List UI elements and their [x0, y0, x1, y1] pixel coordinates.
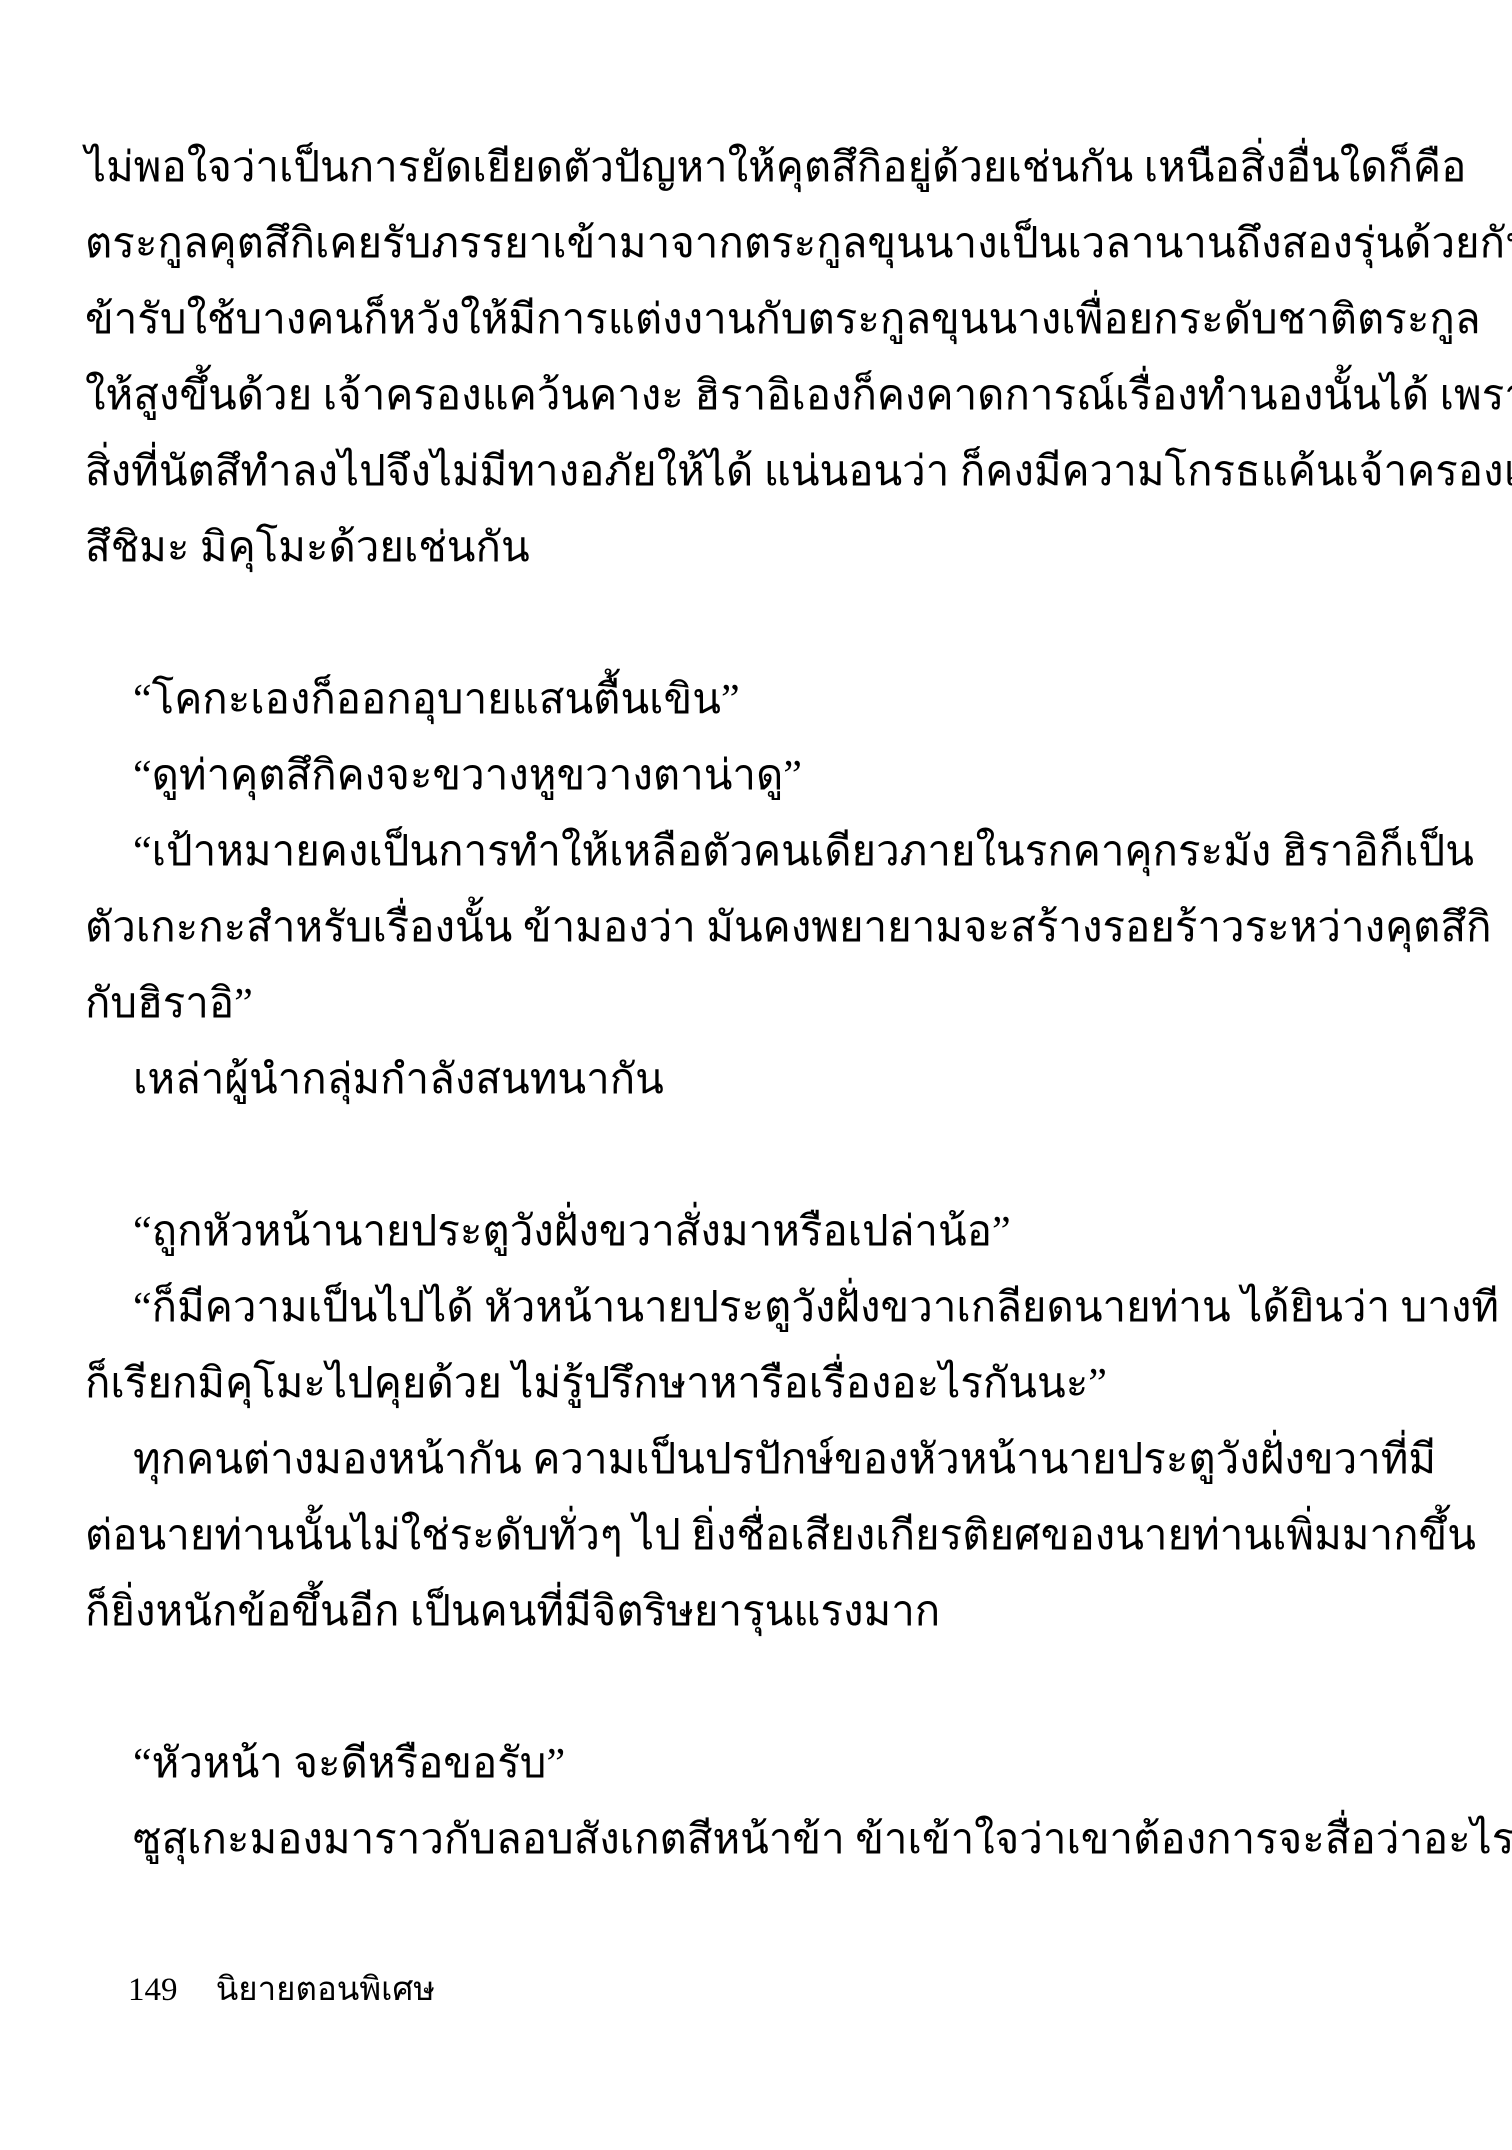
footer-section-title: นิยายตอนพิเศษ — [216, 1972, 435, 2008]
text-line: “หัวหน้า จะดีหรือขอรับ” — [85, 1726, 1435, 1802]
text-line: “ดูท่าคุตสึกิคงจะขวางหูขวางตาน่าดู” — [85, 738, 1435, 814]
text-line: ข้ารับใช้บางคนก็หวังให้มีการแต่งงานกับตร… — [85, 282, 1435, 358]
text-line: ก็เรียกมิคุโมะไปคุยด้วย ไม่รู้ปรึกษาหารื… — [85, 1346, 1435, 1422]
page-footer: 149 นิยายตอนพิเศษ — [128, 1968, 435, 2012]
text-block: ไม่พอใจว่าเป็นการยัดเยียดตัวปัญหาให้คุตส… — [85, 130, 1435, 1878]
text-line: สิ่งที่นัตสึทำลงไปจึงไม่มีทางอภัยให้ได้ … — [85, 434, 1435, 510]
text-line: ซูสุเกะมองมาราวกับลอบสังเกตสีหน้าข้า ข้า… — [85, 1802, 1435, 1878]
text-line: ให้สูงขึ้นด้วย เจ้าครองแคว้นคางะ ฮิราอิเ… — [85, 358, 1435, 434]
book-page: ไม่พอใจว่าเป็นการยัดเยียดตัวปัญหาให้คุตส… — [0, 0, 1512, 2150]
text-line: ตระกูลคุตสึกิเคยรับภรรยาเข้ามาจากตระกูลข… — [85, 206, 1435, 282]
text-line: ไม่พอใจว่าเป็นการยัดเยียดตัวปัญหาให้คุตส… — [85, 130, 1435, 206]
text-line: ก็ยิ่งหนักข้อขึ้นอีก เป็นคนที่มีจิตริษยา… — [85, 1574, 1435, 1650]
text-line: “ก็มีความเป็นไปได้ หัวหน้านายประตูวังฝั่… — [85, 1270, 1435, 1346]
text-line: สึชิมะ มิคุโมะด้วยเช่นกัน — [85, 510, 1435, 586]
text-line: ตัวเกะกะสำหรับเรื่องนั้น ข้ามองว่า มันคง… — [85, 890, 1435, 966]
text-line: ต่อนายท่านนั้นไม่ใช่ระดับทั่วๆ ไป ยิ่งชื… — [85, 1498, 1435, 1574]
text-line: เหล่าผู้นำกลุ่มกำลังสนทนากัน — [85, 1042, 1435, 1118]
text-line: “โคกะเองก็ออกอุบายแสนตื้นเขิน” — [85, 662, 1435, 738]
page-number: 149 — [128, 1968, 178, 2012]
text-line: ทุกคนต่างมองหน้ากัน ความเป็นปรปักษ์ของหั… — [85, 1422, 1435, 1498]
text-line: กับฮิราอิ” — [85, 966, 1435, 1042]
text-line: “เป้าหมายคงเป็นการทำให้เหลือตัวคนเดียวภา… — [85, 814, 1435, 890]
text-line: “ถูกหัวหน้านายประตูวังฝั่งขวาสั่งมาหรือเ… — [85, 1194, 1435, 1270]
